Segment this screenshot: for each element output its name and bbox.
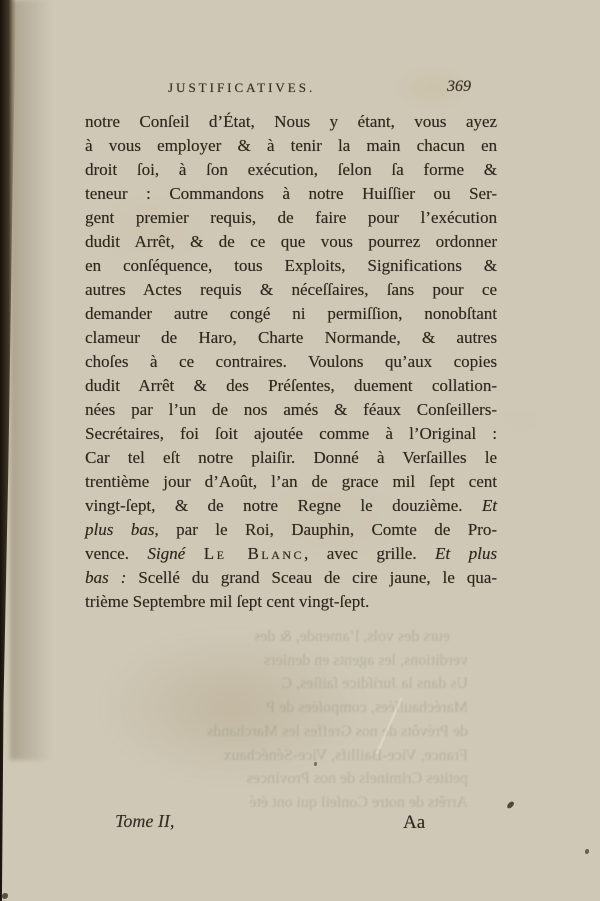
text-segment: Et plus [435,544,497,563]
text-segment: dudit Arrêt & des Préſentes, duement col… [85,376,497,395]
text-segment: Et [482,496,497,515]
text-segment: notre Conſeil d’État, Nous y étant, vous… [85,112,497,131]
text-segment: Car tel eſt notre plaiſir. Donné à Verſa… [85,448,497,467]
text-line: en conſéquence, tous Exploits, Significa… [85,254,497,278]
text-line: Secrétaires, foi ſoit ajoutée comme à l’… [85,422,497,446]
text-segment: , par le Roi, Dauphin, Comte de Pro- [154,520,497,539]
text-line: vence. Signé Le Blanc, avec grille. Et p… [85,542,497,566]
text-line: gent premier requis, de faire pour l’exé… [85,206,497,230]
volume-label: Tome II, [115,811,174,832]
text-segment: Le Blanc [204,544,304,563]
text-segment: demander autre congé ni permiſſion, nono… [85,304,497,323]
text-line: vingt-ſept, & de notre Regne le douzième… [85,494,497,518]
text-segment: gent premier requis, de faire pour l’exé… [85,208,497,227]
text-segment: en conſéquence, tous Exploits, Significa… [85,256,497,275]
book-page-photo: { "header": { "running_title": "JUSTIFIC… [0,0,600,901]
text-line: teneur : Commandons à notre Huiſſier ou … [85,182,497,206]
text-line: droit ſoi, à ſon exécution, ſelon ſa for… [85,158,497,182]
text-line: bas : Scellé du grand Sceau de cire jaun… [85,566,497,590]
text-segment: autres Actes requis & néceſſaires, ſans … [85,280,497,299]
text-segment: plus bas [85,520,154,539]
text-line: à vous employer & à tenir la main chacun… [85,134,497,158]
text-segment: Scellé du grand Sceau de cire jaune, le … [126,568,497,587]
text-line: trième Septembre mil ſept cent vingt-ſep… [85,590,497,614]
text-segment: vingt-ſept, & de notre Regne le douzième… [85,496,482,515]
text-segment: teneur : Commandons à notre Huiſſier ou … [85,184,497,203]
text-line: dudit Arrêt, & de ce que vous pourrez or… [85,230,497,254]
text-line: Car tel eſt notre plaiſir. Donné à Verſa… [85,446,497,470]
page-surface: eurs des vols, l’amende, & desverditions… [0,0,600,901]
text-segment: nées par l’un de nos amés & féaux Conſei… [85,400,497,419]
text-line: demander autre congé ni permiſſion, nono… [85,302,497,326]
text-line: plus bas, par le Roi, Dauphin, Comte de … [85,518,497,542]
text-line: dudit Arrêt & des Préſentes, duement col… [85,374,497,398]
text-segment: trentième jour d’Août, l’an de grace mil… [85,472,497,491]
signature-mark: Aa [403,812,425,834]
text-segment: Secrétaires, foi ſoit ajoutée comme à l’… [85,424,497,443]
text-segment: droit ſoi, à ſon exécution, ſelon ſa for… [85,160,497,179]
text-segment: choſes à ce contraires. Voulons qu’aux c… [85,352,497,371]
text-line: choſes à ce contraires. Voulons qu’aux c… [85,350,497,374]
text-segment: Signé [147,544,185,563]
gutter-shadow [10,0,52,760]
text-line: autres Actes requis & néceſſaires, ſans … [85,278,497,302]
body-text: notre Conſeil d’État, Nous y étant, vous… [0,0,600,901]
text-line: notre Conſeil d’État, Nous y étant, vous… [85,110,497,134]
text-segment: à vous employer & à tenir la main chacun… [85,136,497,155]
text-segment: clameur de Haro, Charte Normande, & autr… [85,328,497,347]
text-segment: trième Septembre mil ſept cent vingt-ſep… [85,592,369,611]
text-segment [185,544,204,563]
text-line: nées par l’un de nos amés & féaux Conſei… [85,398,497,422]
text-segment: , avec grille. [304,544,435,563]
text-segment: dudit Arrêt, & de ce que vous pourrez or… [85,232,497,251]
text-line: clameur de Haro, Charte Normande, & autr… [85,326,497,350]
text-segment: vence. [85,544,147,563]
text-segment: bas : [85,568,126,587]
text-line: trentième jour d’Août, l’an de grace mil… [85,470,497,494]
